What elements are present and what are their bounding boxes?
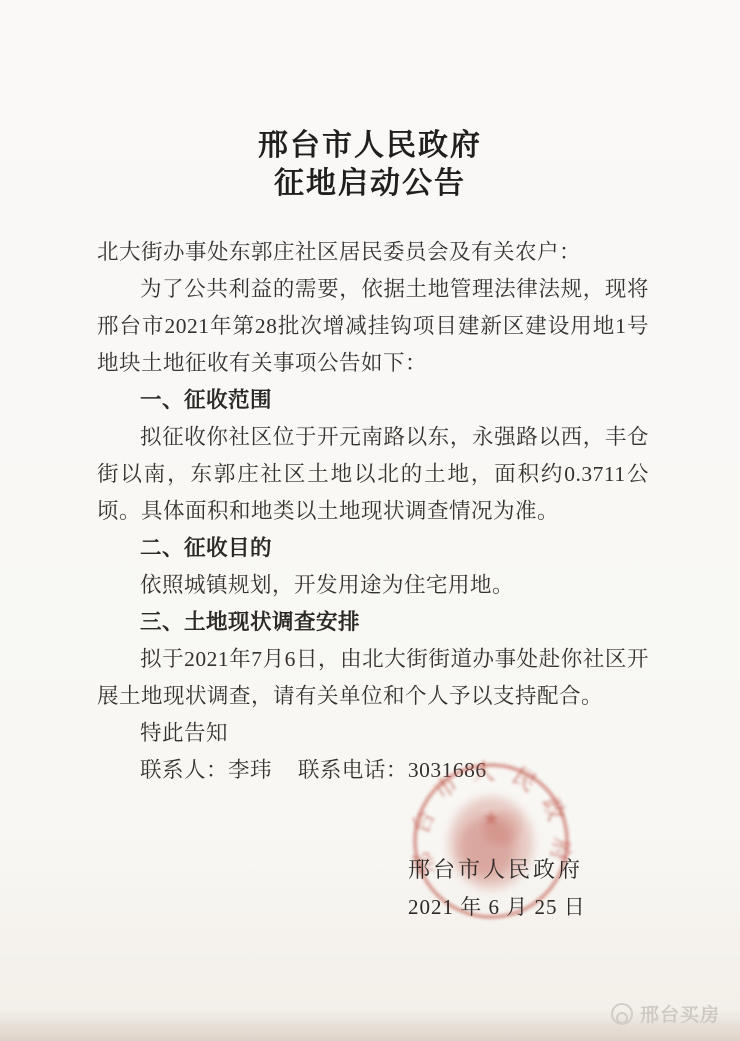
section-1-body: 拟征收你社区位于开元南路以东，永强路以西，丰仓街以南，东郭庄社区土地以北的土地，… <box>97 419 649 530</box>
signature-date: 2021 年 6 月 25 日 <box>408 892 608 922</box>
document-body: 北大街办事处东郭庄社区居民委员会及有关农户： 为了公共利益的需要，依据土地管理法… <box>97 234 649 789</box>
watermark-text: 邢台买房 <box>640 1000 720 1027</box>
section-3-heading: 三、土地现状调查安排 <box>97 604 649 641</box>
intro-paragraph: 为了公共利益的需要，依据土地管理法律法规，现将邢台市2021年第28批次增减挂钩… <box>97 271 649 382</box>
contact-person-label: 联系人： <box>140 758 228 782</box>
title-line-authority: 邢台市人民政府 <box>0 127 740 165</box>
document-title: 邢台市人民政府 征地启动公告 <box>0 127 740 203</box>
salutation: 北大街办事处东郭庄社区居民委员会及有关农户： <box>97 234 649 271</box>
signature-authority: 邢台市人民政府 <box>408 855 608 885</box>
title-line-notice: 征地启动公告 <box>0 165 740 203</box>
section-1-heading: 一、征收范围 <box>97 382 649 419</box>
closing-note: 特此告知 <box>97 715 649 752</box>
contact-line: 联系人：李玮联系电话：3031686 <box>97 752 649 789</box>
contact-phone-label: 联系电话： <box>298 758 408 782</box>
contact-person-name: 李玮 <box>228 758 272 782</box>
section-2-heading: 二、征收目的 <box>97 530 649 567</box>
watermark-logo-icon <box>611 1003 633 1025</box>
seal-star-icon: ★ <box>482 808 500 830</box>
signature-block: 邢台市人民政府 2021 年 6 月 25 日 <box>408 855 608 922</box>
section-2-body: 依照城镇规划，开发用途为住宅用地。 <box>97 567 649 604</box>
watermark: 邢台买房 <box>611 1000 720 1027</box>
contact-phone-number: 3031686 <box>408 758 487 782</box>
section-3-body: 拟于2021年7月6日，由北大街街道办事处赴你社区开展土地现状调查，请有关单位和… <box>97 641 649 715</box>
document-page: 邢台市人民政府 征地启动公告 北大街办事处东郭庄社区居民委员会及有关农户： 为了… <box>0 0 740 1041</box>
